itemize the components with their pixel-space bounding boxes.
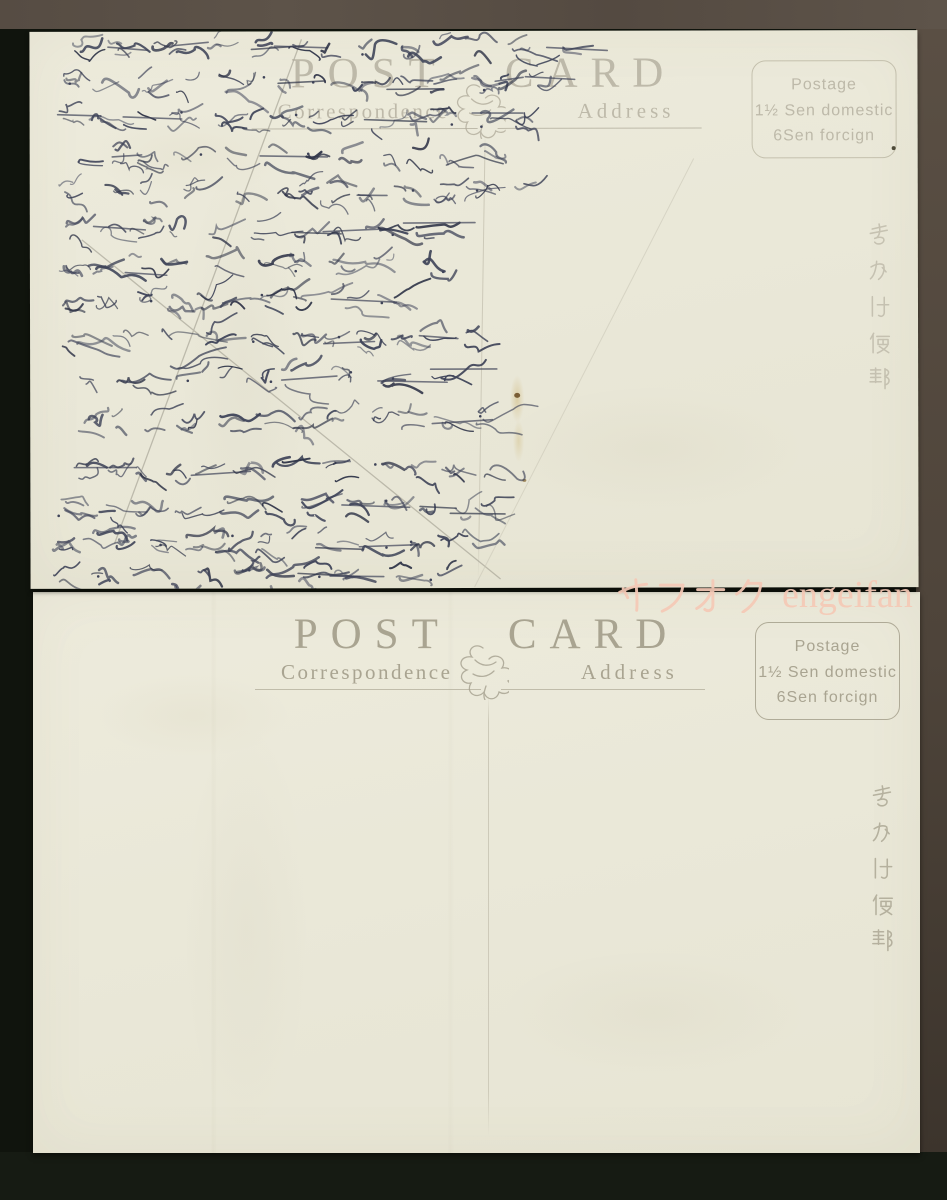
paper-crease [474, 159, 695, 587]
postage-line-1: Postage [753, 72, 896, 98]
correspondence-label: Correspondence [281, 660, 452, 685]
correspondence-label: Correspondence [278, 99, 450, 124]
postage-rate-box: Postage 1½ Sen domestic 6Sen forcign [755, 622, 900, 720]
correspondence-underline [252, 128, 478, 129]
address-label: Address [581, 660, 678, 685]
table-surface-right [916, 29, 947, 1160]
auction-photo: POST CARD Correspondence Address Postage… [0, 0, 947, 1200]
table-surface-bottom [0, 1152, 947, 1200]
postage-line-3: 6Sen forcign [756, 685, 899, 711]
postage-line-2: 1½ Sen domestic [756, 660, 899, 686]
correspondence-underline [255, 689, 481, 690]
center-divider [478, 135, 486, 579]
postcard-bottom: POST CARD Correspondence Address Postage… [33, 592, 920, 1153]
address-underline [501, 689, 705, 690]
address-underline [498, 128, 702, 129]
vertical-stamp-text [868, 222, 893, 402]
vertical-stamp-text [871, 784, 896, 964]
crest-ornament-icon [453, 640, 509, 700]
address-label: Address [578, 99, 675, 124]
crest-ornament-icon [450, 79, 506, 139]
postage-line-3: 6Sen forcign [753, 123, 896, 149]
postage-line-1: Postage [756, 634, 899, 660]
ink-speck [892, 146, 896, 150]
center-divider [488, 696, 489, 1136]
postage-rate-box: Postage 1½ Sen domestic 6Sen forcign [751, 60, 896, 158]
postcard-top: POST CARD Correspondence Address Postage… [29, 30, 918, 589]
table-surface-top [0, 0, 947, 29]
postage-line-2: 1½ Sen domestic [753, 98, 896, 124]
paper-stain [504, 371, 530, 471]
